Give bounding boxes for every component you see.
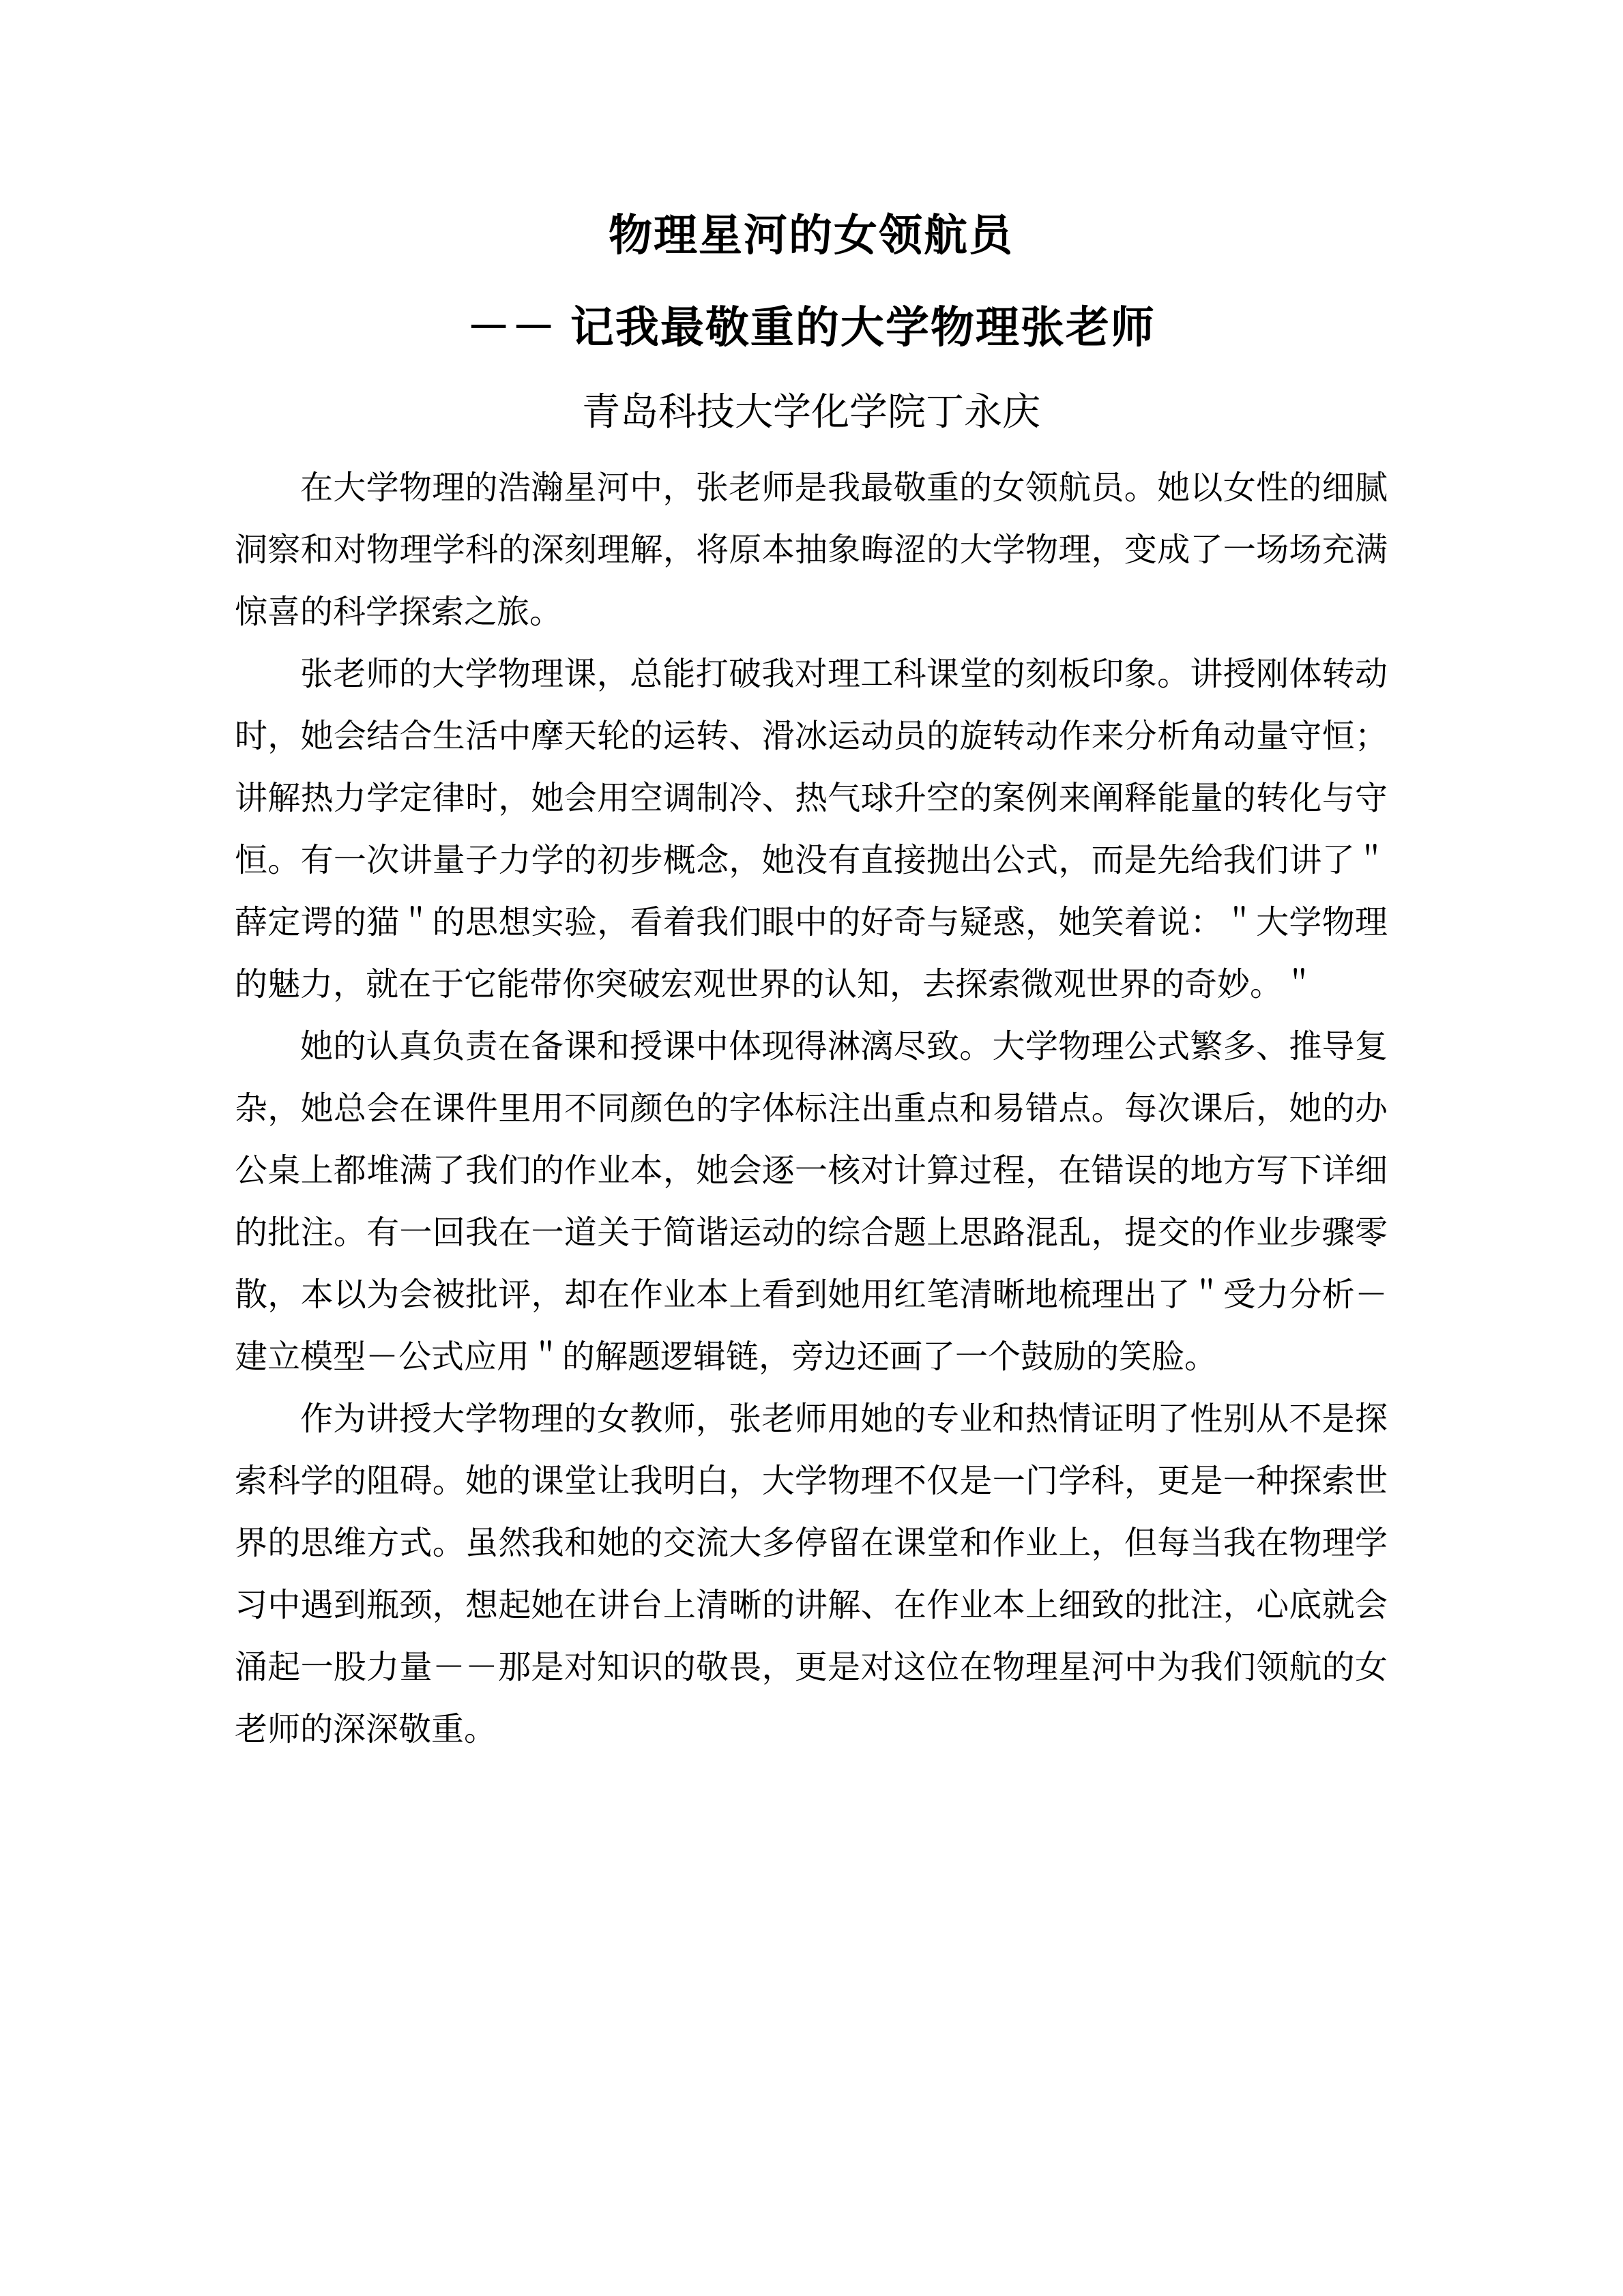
document-title: 物理星河的女领航员 — [235, 190, 1388, 282]
paragraph-1: 在大学物理的浩瀚星河中，张老师是我最敬重的女领航员。她以女性的细腻洞察和对物理学… — [235, 457, 1388, 643]
paragraph-2: 张老师的大学物理课，总能打破我对理工科课堂的刻板印象。讲授刚体转动时，她会结合生… — [235, 643, 1388, 1016]
document-page: 物理星河的女领航员 －－ 记我最敬重的大学物理张老师 青岛科技大学化学院丁永庆 … — [0, 0, 1623, 2296]
document-content: 物理星河的女领航员 －－ 记我最敬重的大学物理张老师 青岛科技大学化学院丁永庆 … — [0, 0, 1623, 1761]
paragraph-4: 作为讲授大学物理的女教师，张老师用她的专业和热情证明了性别从不是探索科学的阻碍。… — [235, 1388, 1388, 1761]
document-subtitle: －－ 记我最敬重的大学物理张老师 — [235, 282, 1388, 374]
author-line: 青岛科技大学化学院丁永庆 — [235, 374, 1388, 450]
paragraph-3: 她的认真负责在备课和授课中体现得淋漓尽致。大学物理公式繁多、推导复杂，她总会在课… — [235, 1016, 1388, 1388]
